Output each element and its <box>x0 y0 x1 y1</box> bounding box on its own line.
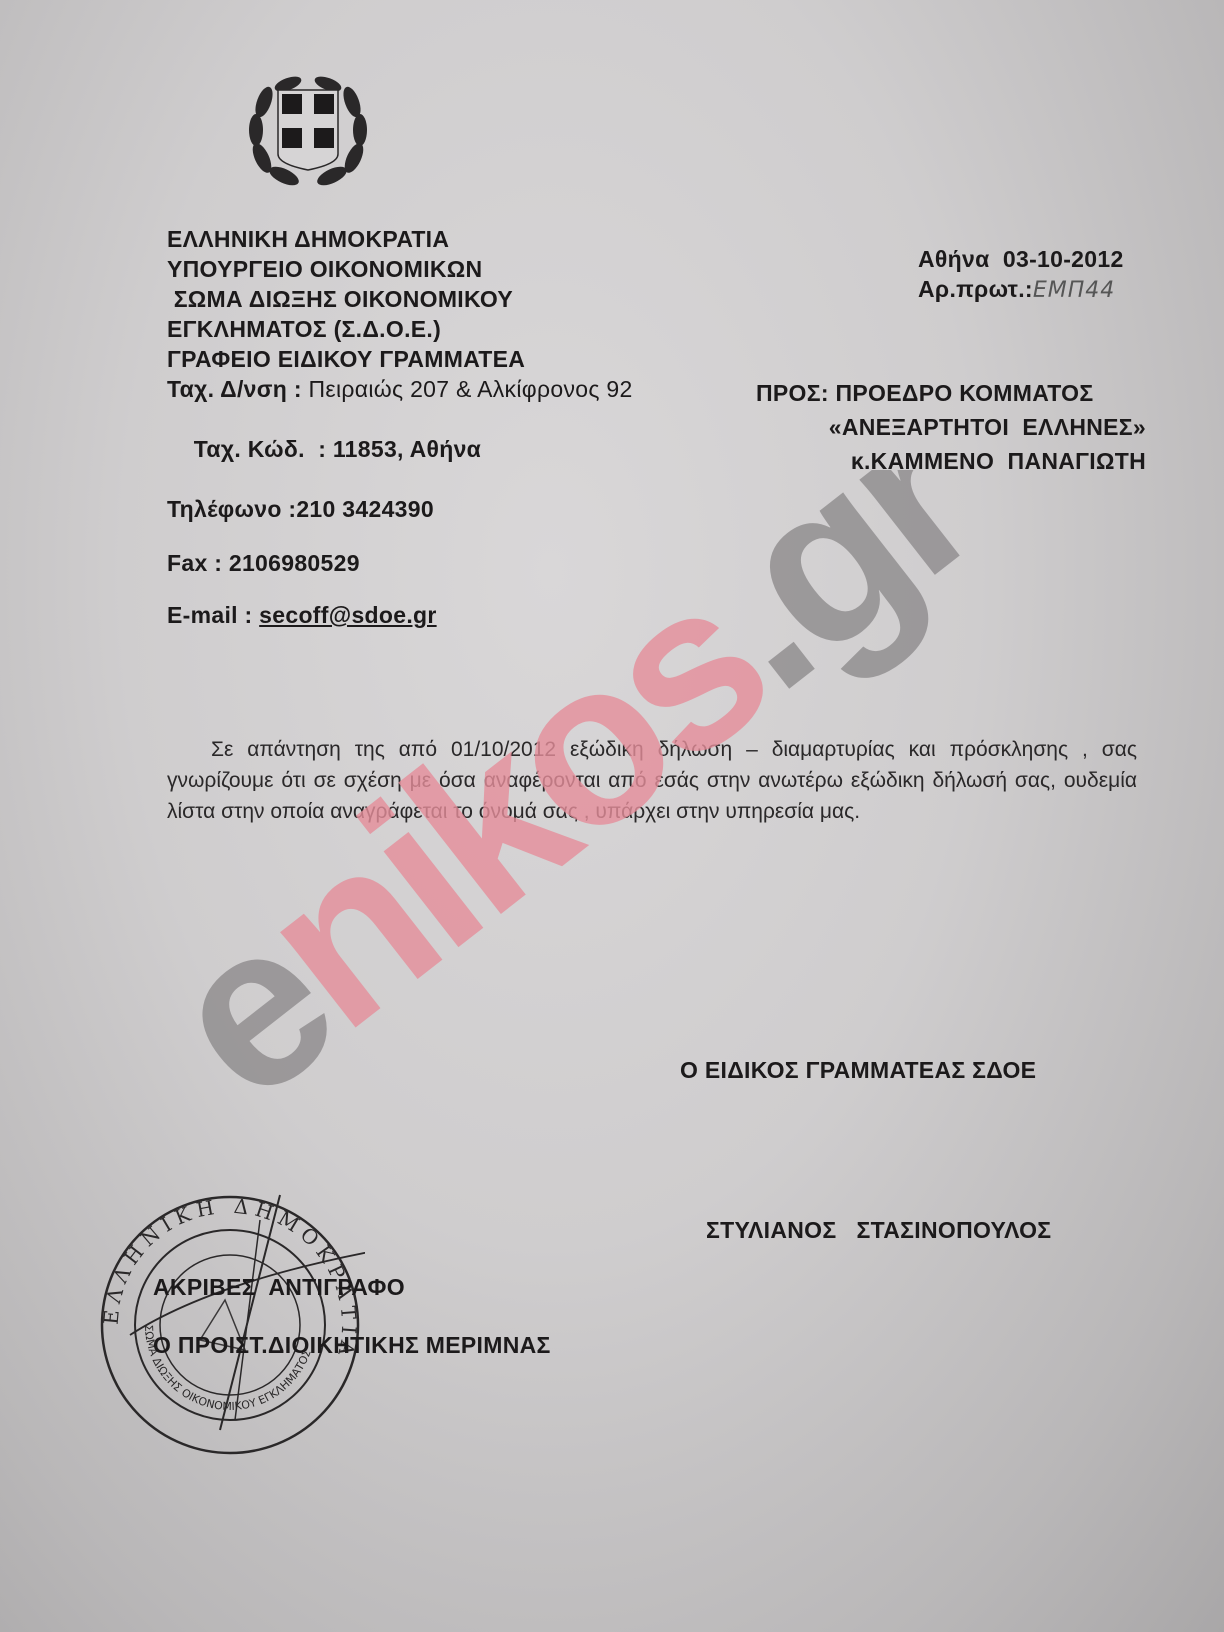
certified-copy-label: ΑΚΡΙΒΕΣ ΑΝΤΙΓΡΑΦΟ <box>153 1272 405 1302</box>
recipient-line: ΠΡΟΣ: ΠΡΟΕΔΡΟ ΚΟΜΜΑΤΟΣ <box>756 376 1146 410</box>
phone-row: Τηλέφωνο :210 3424390 <box>167 494 633 524</box>
signature-title: Ο ΕΙΔΙΚΟΣ ΓΡΑΜΜΑΤΕΑΣ ΣΔΟΕ <box>680 1055 1036 1085</box>
body-paragraph: Σε απάντηση της από 01/10/2012 εξώδικη δ… <box>167 734 1137 827</box>
postcode-value: 11853, Αθήνα <box>333 436 481 462</box>
postcode-row: Ταχ. Κώδ. : 11853, Αθήνα <box>167 404 633 494</box>
recipient-block: ΠΡΟΣ: ΠΡΟΕΔΡΟ ΚΟΜΜΑΤΟΣ «ΑΝΕΞΑΡΤΗΤΟΙ ΕΛΛΗ… <box>756 376 1146 478</box>
official-stamp-icon: ΕΛΛΗΝΙΚΗ ΔΗΜΟΚΡΑΤΙΑ ΣΩΜΑ ΔΙΩΞΗΣ ΟΙΚΟΝΟΜΙ… <box>95 1190 365 1460</box>
phone-label: Τηλέφωνο : <box>167 496 296 522</box>
sender-line: ΕΛΛΗΝΙΚΗ ΔΗΜΟΚΡΑΤΙΑ <box>167 224 633 254</box>
postcode-label: Ταχ. Κώδ. : <box>194 436 333 462</box>
certified-copy-signatory: Ο ΠΡΟΙΣΤ.ΔΙΟΙΚΗΤΙΚΗΣ ΜΕΡΙΜΝΑΣ <box>153 1330 551 1360</box>
protocol-label: Αρ.πρωτ.: <box>918 276 1033 302</box>
recipient-line: «ΑΝΕΞΑΡΤΗΤΟΙ ΕΛΛΗΝΕΣ» <box>756 410 1146 444</box>
sender-block: ΕΛΛΗΝΙΚΗ ΔΗΜΟΚΡΑΤΙΑ ΥΠΟΥΡΓΕΙΟ ΟΙΚΟΝΟΜΙΚΩ… <box>167 224 633 630</box>
sender-line: ΥΠΟΥΡΓΕΙΟ ΟΙΚΟΝΟΜΙΚΩΝ <box>167 254 633 284</box>
protocol-row: Αρ.πρωτ.:ΕΜΠ44 <box>918 274 1124 306</box>
letter-body: Σε απάντηση της από 01/10/2012 εξώδικη δ… <box>167 734 1137 827</box>
sender-line: ΕΓΚΛΗΜΑΤΟΣ (Σ.Δ.Ο.Ε.) <box>167 314 633 344</box>
email-row: E-mail : secoff@sdoe.gr <box>167 600 633 630</box>
protocol-number: ΕΜΠ44 <box>1033 278 1115 303</box>
sender-line: ΓΡΑΦΕΙΟ ΕΙΔΙΚΟΥ ΓΡΑΜΜΑΤΕΑ <box>167 344 633 374</box>
signature-name: ΣΤΥΛΙΑΝΟΣ ΣΤΑΣΙΝΟΠΟΥΛΟΣ <box>706 1215 1051 1245</box>
email-label: E-mail : <box>167 602 259 628</box>
phone-value: 210 3424390 <box>296 496 434 522</box>
fax-label: Fax : <box>167 550 229 576</box>
email-link[interactable]: secoff@sdoe.gr <box>259 602 436 628</box>
greek-coat-of-arms-icon <box>246 72 370 188</box>
address-row: Ταχ. Δ/νση : Πειραιώς 207 & Αλκίφρονος 9… <box>167 374 633 404</box>
address-value: Πειραιώς 207 & Αλκίφρονος 92 <box>308 376 632 402</box>
sender-line: ΣΩΜΑ ΔΙΩΞΗΣ ΟΙΚΟΝΟΜΙΚΟΥ <box>167 284 633 314</box>
date-line: Αθήνα 03-10-2012 <box>918 244 1124 274</box>
fax-row: Fax : 2106980529 <box>167 548 633 578</box>
address-label: Ταχ. Δ/νση : <box>167 376 308 402</box>
recipient-line: κ.ΚΑΜΜΕΝΟ ΠΑΝΑΓΙΩΤΗ <box>756 444 1146 478</box>
date-block: Αθήνα 03-10-2012 Αρ.πρωτ.:ΕΜΠ44 <box>918 244 1124 306</box>
fax-value: 2106980529 <box>229 550 360 576</box>
